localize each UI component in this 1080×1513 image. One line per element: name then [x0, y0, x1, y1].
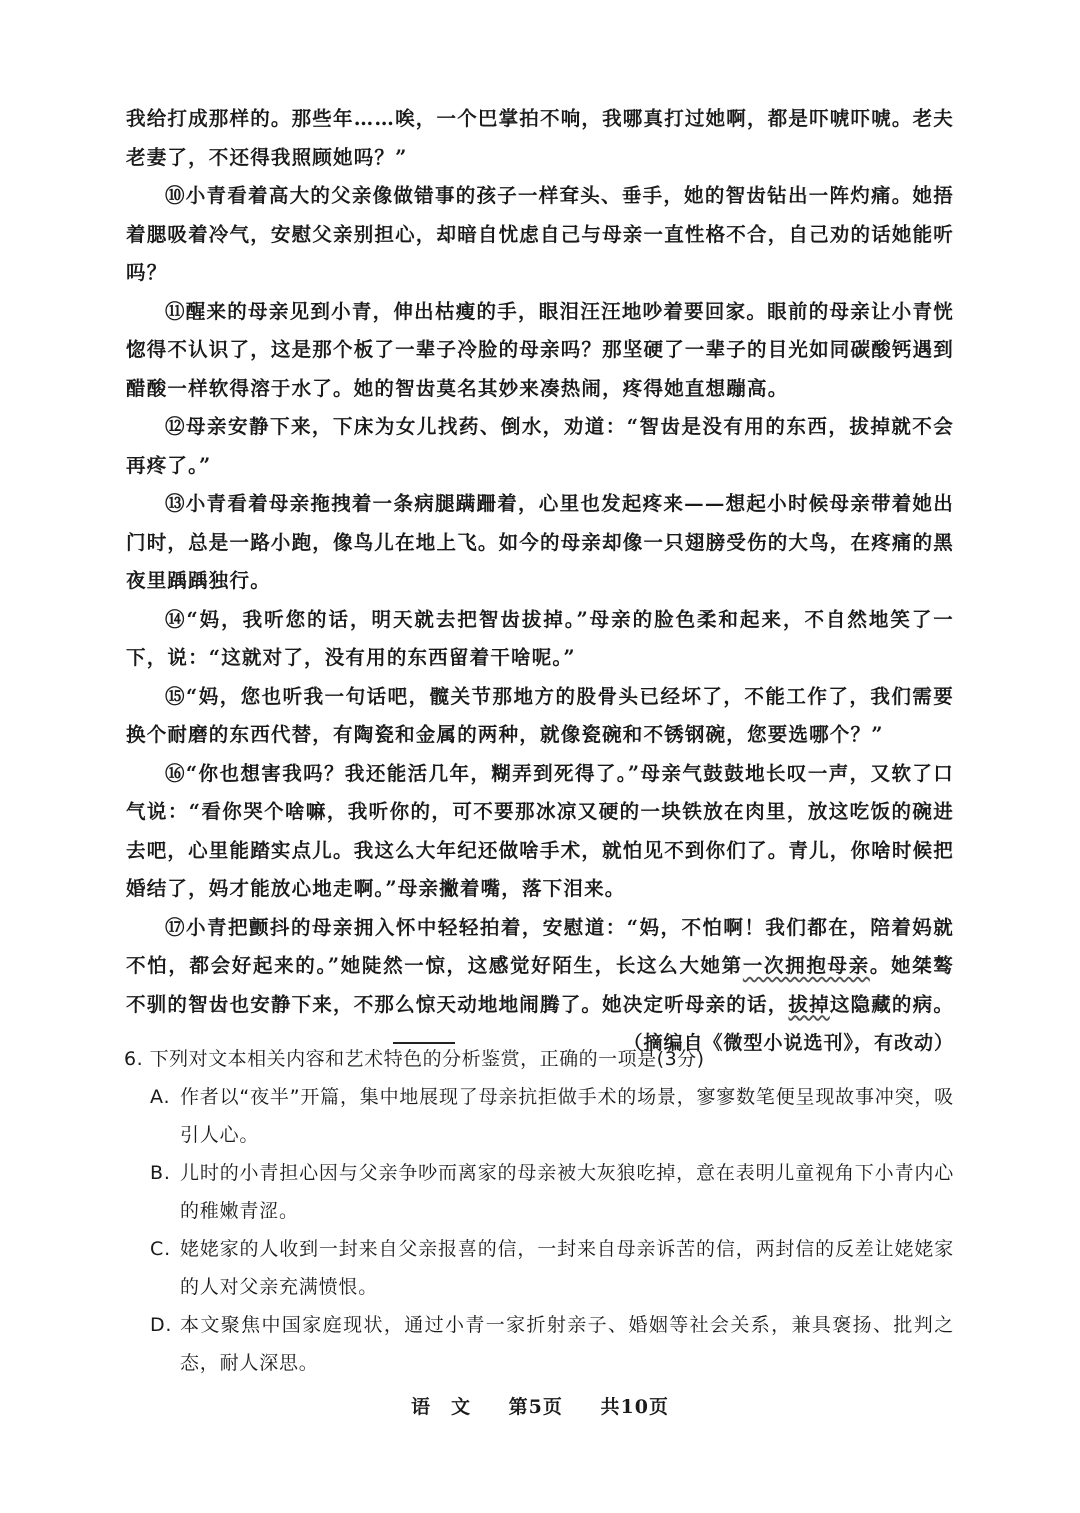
option-text: 姥姥家的人收到一封来自父亲报喜的信，一封来自母亲诉苦的信，两封信的反差让姥姥家的…: [180, 1230, 954, 1306]
footer-total-pages: 共10页: [601, 1396, 669, 1418]
underlined-phrase-pull-out: 拔掉: [788, 993, 829, 1016]
option-key: D.: [150, 1306, 180, 1382]
paragraph-number: ⑮: [165, 685, 186, 708]
footer-subject: 语 文: [411, 1396, 471, 1418]
passage: 我给打成那样的。那些年……唉，一个巴掌拍不响，我哪真打过她啊，都是吓唬吓唬。老夫…: [126, 100, 954, 1062]
paragraph-number: ⑪: [165, 300, 186, 323]
paragraph-number: ⑯: [165, 762, 186, 785]
question-stem: 6. 下列对文本相关内容和艺术特色的分析鉴赏，正确的一项是(3分): [124, 1040, 954, 1078]
paragraph-15: ⑮“妈，您也听我一句话吧，髋关节那地方的股骨头已经坏了，不能工作了，我们需要换个…: [126, 678, 954, 755]
paragraph-17: ⑰小青把颤抖的母亲拥入怀中轻轻拍着，安慰道：“妈，不怕啊！我们都在，陪着妈就不怕…: [126, 909, 954, 1025]
paragraph-9-continued: 我给打成那样的。那些年……唉，一个巴掌拍不响，我哪真打过她啊，都是吓唬吓唬。老夫…: [126, 100, 954, 177]
paragraph-13: ⑬小青看着母亲拖拽着一条病腿蹒跚着，心里也发起疼来——想起小时候母亲带着她出门时…: [126, 485, 954, 601]
footer-page-number: 第5页: [509, 1396, 563, 1418]
option-text: 作者以“夜半”开篇，集中地展现了母亲抗拒做手术的场景，寥寥数笔便呈现故事冲突，吸…: [180, 1078, 954, 1154]
paragraph-10: ⑩小青看着高大的父亲像做错事的孩子一样耷头、垂手，她的智齿钻出一阵灼痛。她捂着腮…: [126, 177, 954, 293]
option-c: C. 姥姥家的人收到一封来自父亲报喜的信，一封来自母亲诉苦的信，两封信的反差让姥…: [124, 1230, 954, 1306]
option-key: A.: [150, 1078, 180, 1154]
option-b: B. 儿时的小青担心因与父亲争吵而离家的母亲被大灰狼吃掉，意在表明儿童视角下小青…: [124, 1154, 954, 1230]
option-d: D. 本文聚焦中国家庭现状，通过小青一家折射亲子、婚姻等社会关系，兼具褒扬、批判…: [124, 1306, 954, 1382]
paragraph-16: ⑯“你也想害我吗？我还能活几年，糊弄到死得了。”母亲气鼓鼓地长叹一声，又软了口气…: [126, 755, 954, 909]
option-key: C.: [150, 1230, 180, 1306]
paragraph-11: ⑪醒来的母亲见到小青，伸出枯瘦的手，眼泪汪汪地吵着要回家。眼前的母亲让小青恍惚得…: [126, 293, 954, 409]
question-6: 6. 下列对文本相关内容和艺术特色的分析鉴赏，正确的一项是(3分) A. 作者以…: [124, 1040, 954, 1382]
option-text: 儿时的小青担心因与父亲争吵而离家的母亲被大灰狼吃掉，意在表明儿童视角下小青内心的…: [180, 1154, 954, 1230]
paragraph-12: ⑫母亲安静下来，下床为女儿找药、倒水，劝道：“智齿是没有用的东西，拔掉就不会再疼…: [126, 408, 954, 485]
paragraph-number: ⑭: [165, 608, 186, 631]
option-a: A. 作者以“夜半”开篇，集中地展现了母亲抗拒做手术的场景，寥寥数笔便呈现故事冲…: [124, 1078, 954, 1154]
paragraph-number: ⑩: [165, 184, 186, 207]
paragraph-number: ⑬: [165, 492, 186, 515]
paragraph-number: ⑫: [165, 415, 186, 438]
paragraph-14: ⑭“妈，我听您的话，明天就去把智齿拔掉。”母亲的脸色柔和起来，不自然地笑了一下，…: [126, 601, 954, 678]
page-footer: 语 文 第5页 共10页: [0, 1392, 1080, 1422]
paragraph-number: ⑰: [165, 916, 186, 939]
option-key: B.: [150, 1154, 180, 1230]
option-text: 本文聚焦中国家庭现状，通过小青一家折射亲子、婚姻等社会关系，兼具褒扬、批判之态，…: [180, 1306, 954, 1382]
underlined-phrase-embrace: 一次拥抱母亲: [743, 954, 870, 977]
